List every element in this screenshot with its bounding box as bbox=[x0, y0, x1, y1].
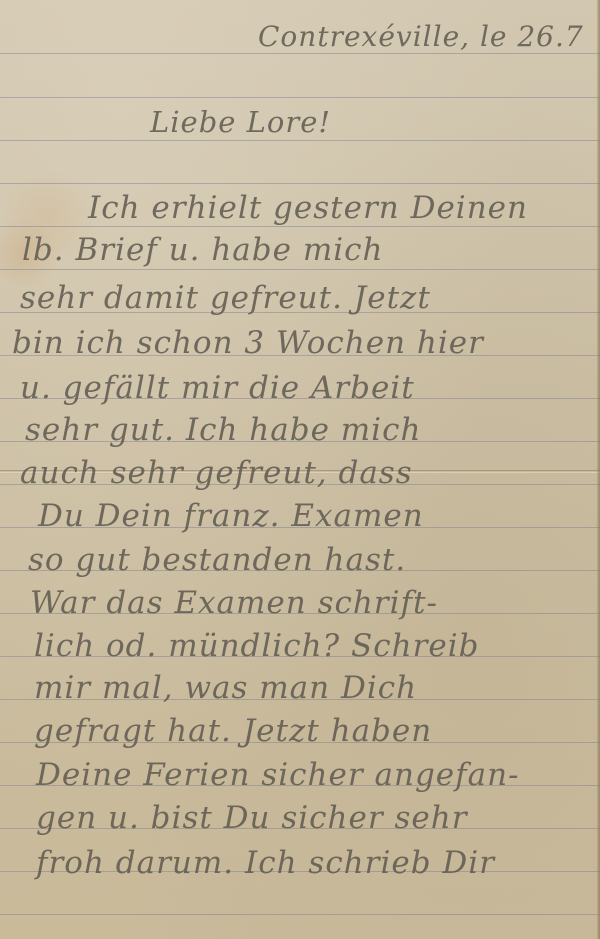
ruled-line bbox=[0, 97, 600, 98]
body-line: u. gefällt mir die Arbeit bbox=[20, 370, 415, 406]
body-line: froh darum. Ich schrieb Dir bbox=[36, 845, 495, 881]
body-line: auch sehr gefreut, dass bbox=[20, 455, 413, 491]
body-line: lich od. mündlich? Schreib bbox=[34, 628, 480, 664]
body-line: bin ich schon 3 Wochen hier bbox=[12, 325, 484, 361]
ruled-line bbox=[0, 226, 600, 227]
body-line: sehr damit gefreut. Jetzt bbox=[20, 280, 431, 316]
body-line: lb. Brief u. habe mich bbox=[22, 232, 383, 268]
body-line: sehr gut. Ich habe mich bbox=[25, 412, 421, 448]
ruled-line bbox=[0, 914, 600, 915]
ruled-line bbox=[0, 269, 600, 270]
body-line: Deine Ferien sicher angefan- bbox=[36, 757, 520, 793]
body-line: mir mal, was man Dich bbox=[34, 670, 417, 706]
body-line: so gut bestanden hast. bbox=[28, 542, 406, 578]
body-line: Du Dein franz. Examen bbox=[38, 498, 424, 534]
body-line: Ich erhielt gestern Deinen bbox=[88, 190, 528, 226]
ruled-line bbox=[0, 53, 600, 54]
ruled-line bbox=[0, 140, 600, 141]
greeting: Liebe Lore! bbox=[150, 105, 331, 139]
body-line: gefragt hat. Jetzt haben bbox=[34, 713, 432, 749]
letter-page: Contrexéville, le 26.7 Liebe Lore! Ich e… bbox=[0, 0, 600, 939]
body-line: gen u. bist Du sicher sehr bbox=[36, 800, 468, 836]
body-line: War das Examen schrift- bbox=[30, 585, 438, 621]
place-date-header: Contrexéville, le 26.7 bbox=[258, 20, 584, 53]
ruled-line bbox=[0, 183, 600, 184]
